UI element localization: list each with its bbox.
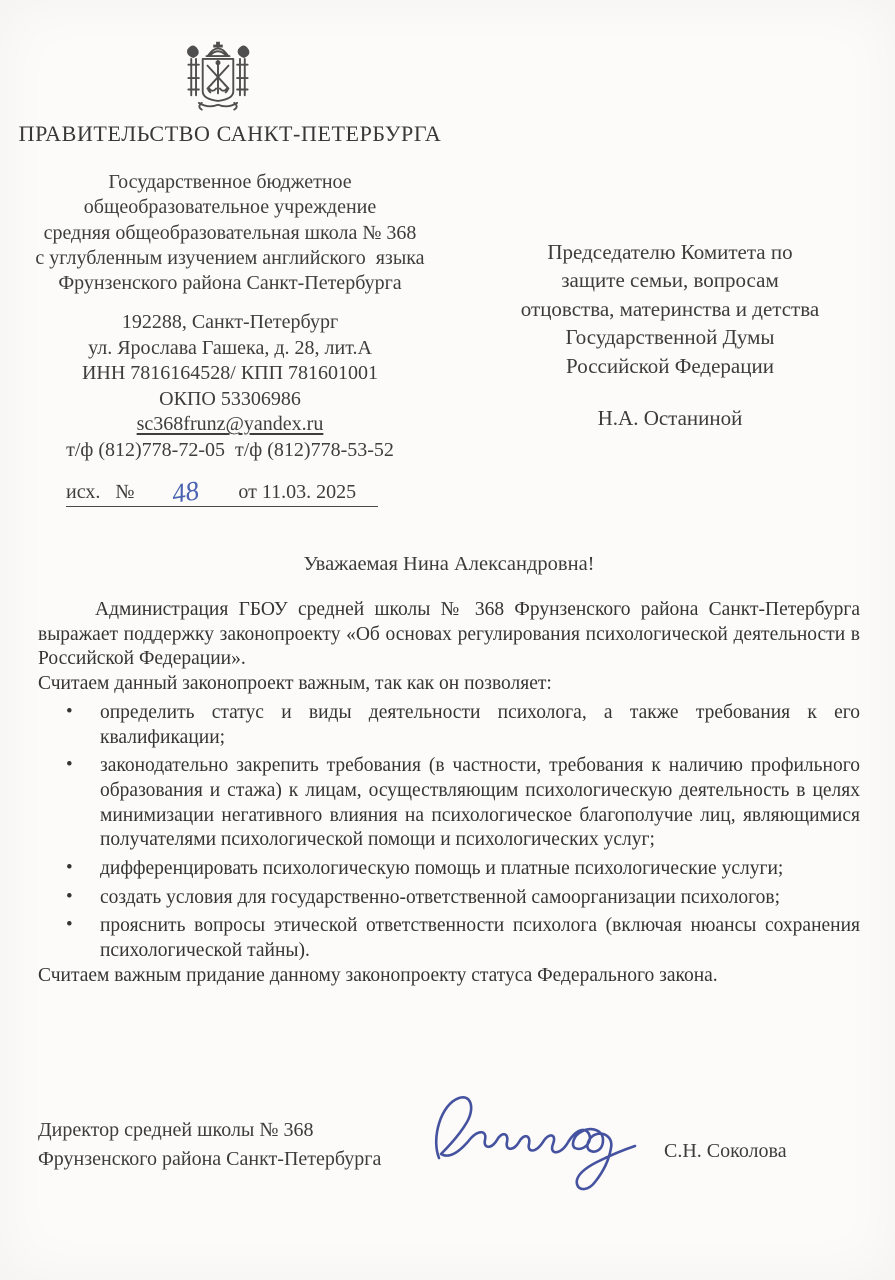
bullet-item: •прояснить вопросы этической ответственн… <box>38 914 860 963</box>
coat-of-arms-icon <box>170 36 266 122</box>
body-paragraph-2: Считаем данный законопроект важным, так … <box>38 672 860 697</box>
signatory-title-line: Фрунзенского района Санкт-Петербурга <box>38 1145 468 1174</box>
bullet-item: •определить статус и виды деятельности п… <box>38 701 860 750</box>
closing-paragraph: Считаем важным придание данному законопр… <box>38 964 860 989</box>
address-line: ОКПО 53306986 <box>12 387 448 413</box>
recipient-line: Государственной Думы <box>452 323 888 351</box>
phone-line: т/ф (812)778-72-05 т/ф (812)778-53-52 <box>12 438 448 464</box>
email-line: sc368frunz@yandex.ru <box>12 412 448 438</box>
bullet-icon: • <box>66 913 73 938</box>
letter-body: Администрация ГБОУ средней школы № 368 Ф… <box>38 598 860 989</box>
bullet-icon: • <box>66 885 73 910</box>
bullet-item: •дифференцировать психологическую помощь… <box>38 857 860 882</box>
recipient-line: Российской Федерации <box>452 352 888 380</box>
salutation: Уважаемая Нина Александровна! <box>38 553 860 576</box>
address-line: 192288, Санкт-Петербург <box>12 310 448 336</box>
handwritten-signature <box>425 1086 650 1201</box>
recipient-name: Н.А. Останиной <box>452 406 888 431</box>
ref-date: от 11.03. 2025 <box>238 481 356 506</box>
address-line: ул. Ярослава Гашека, д. 28, лит.А <box>12 336 448 362</box>
bullet-icon: • <box>66 856 73 881</box>
body-paragraph-1: Администрация ГБОУ средней школы № 368 Ф… <box>38 598 860 672</box>
bullet-item: •создать условия для государственно-отве… <box>38 886 860 911</box>
org-line: Государственное бюджетное <box>12 170 448 195</box>
recipient-line: защите семьи, вопросам <box>452 266 888 294</box>
scanned-letter-page: ПРАВИТЕЛЬСТВО САНКТ-ПЕТЕРБУРГА Государст… <box>0 0 895 1280</box>
recipient-block: Председателю Комитета по защите семьи, в… <box>452 238 888 380</box>
organization-block: Государственное бюджетное общеобразовате… <box>12 170 448 296</box>
bullet-icon: • <box>66 700 73 725</box>
contact-block: 192288, Санкт-Петербург ул. Ярослава Гаш… <box>12 310 448 463</box>
ref-number-handwritten: 48 <box>133 474 239 510</box>
bullet-icon: • <box>66 753 73 778</box>
address-line: ИНН 7816164528/ КПП 781601001 <box>12 361 448 387</box>
bullet-list: •определить статус и виды деятельности п… <box>38 701 860 964</box>
signatory-title-line: Директор средней школы № 368 <box>38 1116 468 1145</box>
recipient-line: Председателю Комитета по <box>452 238 888 266</box>
signatory-name: С.Н. Соколова <box>664 1140 864 1163</box>
org-line: средняя общеобразовательная школа № 368 <box>12 221 448 246</box>
ref-label: исх. № <box>66 481 134 506</box>
signatory-title: Директор средней школы № 368 Фрунзенског… <box>38 1116 468 1173</box>
recipient-line: отцовства, материнства и детства <box>452 295 888 323</box>
org-line: с углубленным изучением английского язык… <box>12 246 448 271</box>
email-link[interactable]: sc368frunz@yandex.ru <box>137 413 324 435</box>
org-line: Фрунзенского района Санкт-Петербурга <box>12 271 448 296</box>
government-title: ПРАВИТЕЛЬСТВО САНКТ-ПЕТЕРБУРГА <box>18 121 442 147</box>
bullet-item: •законодательно закрепить требования (в … <box>38 754 860 853</box>
org-line: общеобразовательное учреждение <box>12 195 448 220</box>
outgoing-ref-line: исх. № 48 от 11.03. 2025 <box>66 474 378 507</box>
